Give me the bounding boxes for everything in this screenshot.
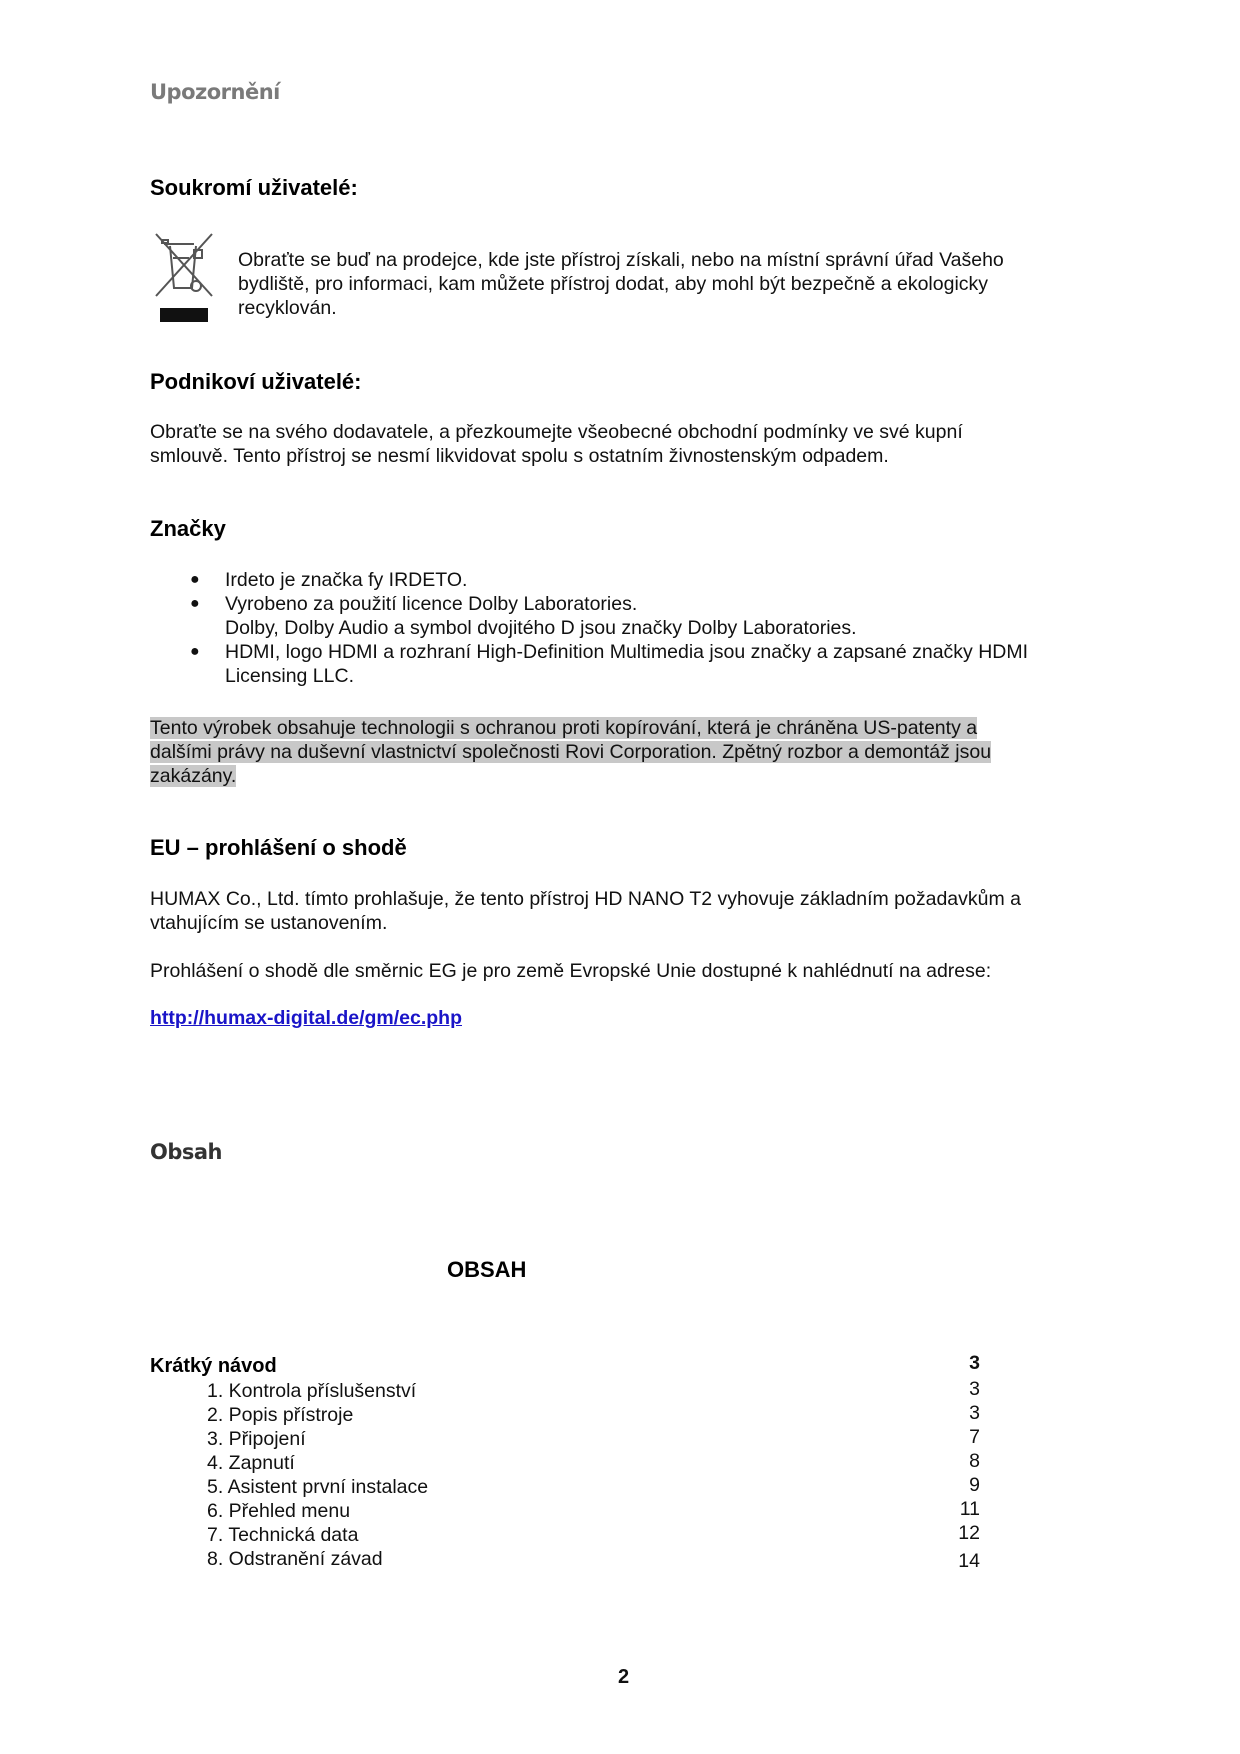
rovi-notice: Tento výrobek obsahuje technologii s och… [150,716,991,788]
highlighted-text-line: dalšími právy na duševní vlastnictví spo… [150,741,991,763]
trademarks-heading: Značky [150,516,226,542]
weee-crossed-bin-icon [152,230,216,326]
list-item-text: Licensing LLC. [225,664,354,688]
toc: Krátký návod 3 1. Kontrola příslušenství… [150,1355,990,1572]
toc-page-number: 12 [950,1522,980,1545]
bullet-icon: ● [190,640,200,664]
toc-page-number: 9 [950,1474,980,1497]
business-users-heading: Podnikoví uživatelé: [150,369,362,395]
toc-entry-label: 6. Přehled menu [207,1500,350,1523]
toc-entry[interactable]: 4. Zapnutí8 [150,1452,990,1476]
toc-entry-label: 4. Zapnutí [207,1452,295,1475]
private-users-text: Obraťte se buď na prodejce, kde jste pří… [238,248,1004,320]
text-line: smlouvě. Tento přístroj se nesmí likvido… [150,444,963,468]
toc-page-number: 3 [950,1352,980,1375]
toc-entry-label: 5. Asistent první instalace [207,1476,428,1499]
eu-availability-text: Prohlášení o shodě dle směrnic EG je pro… [150,959,991,983]
eu-declaration-heading: EU – prohlášení o shodě [150,835,407,861]
toc-group[interactable]: Krátký návod 3 [150,1355,990,1380]
toc-page-number: 3 [950,1402,980,1425]
page-number: 2 [618,1666,629,1689]
highlighted-text-line: Tento výrobek obsahuje technologii s och… [150,717,977,739]
eu-declaration-text: HUMAX Co., Ltd. tímto prohlašuje, že ten… [150,887,1021,935]
list-item-text: Vyrobeno za použití licence Dolby Labora… [225,592,637,616]
bullet-icon: ● [190,568,200,592]
private-users-heading: Soukromí uživatelé: [150,175,358,201]
list-item-text: Irdeto je značka fy IRDETO. [225,568,467,592]
eu-declaration-link[interactable]: http://humax-digital.de/gm/ec.php [150,1007,462,1030]
text-line: vtahujícím se ustanovením. [150,911,1021,935]
toc-entry-label: 3. Připojení [207,1428,306,1451]
toc-group-label: Krátký návod [150,1355,277,1378]
toc-entry[interactable]: 3. Připojení7 [150,1428,990,1452]
list-item-text: Dolby, Dolby Audio a symbol dvojitého D … [225,616,857,640]
toc-page-number: 3 [950,1378,980,1401]
toc-entry[interactable]: 8. Odstranění závad14 [150,1548,990,1572]
toc-entry-label: 1. Kontrola příslušenství [207,1380,416,1403]
toc-entry[interactable]: 6. Přehled menu11 [150,1500,990,1524]
toc-entry-label: 8. Odstranění závad [207,1548,383,1571]
toc-entry[interactable]: 7. Technická data12 [150,1524,990,1548]
toc-page-number: 7 [950,1426,980,1449]
text-line: HUMAX Co., Ltd. tímto prohlašuje, že ten… [150,887,1021,911]
toc-page-number: 11 [950,1498,980,1521]
text-line: Obraťte se buď na prodejce, kde jste pří… [238,248,1004,272]
toc-entry-label: 2. Popis přístroje [207,1404,353,1427]
section-title-obsah: Obsah [150,1140,222,1164]
bullet-icon: ● [190,592,200,616]
section-title-upozorneni: Upozornění [150,80,280,104]
contents-title: OBSAH [447,1257,526,1283]
highlighted-text-line: zakázány. [150,765,236,787]
text-line: recyklován. [238,296,1004,320]
toc-entry-label: 7. Technická data [207,1524,358,1547]
text-line: bydliště, pro informaci, kam můžete přís… [238,272,1004,296]
text-line: Obraťte se na svého dodavatele, a přezko… [150,420,963,444]
toc-entry[interactable]: 1. Kontrola příslušenství3 [150,1380,990,1404]
toc-entry[interactable]: 2. Popis přístroje3 [150,1404,990,1428]
list-item-text: HDMI, logo HDMI a rozhraní High-Definiti… [225,640,1028,664]
toc-page-number: 14 [950,1550,980,1573]
toc-page-number: 8 [950,1450,980,1473]
toc-entry[interactable]: 5. Asistent první instalace9 [150,1476,990,1500]
business-users-text: Obraťte se na svého dodavatele, a přezko… [150,420,963,468]
